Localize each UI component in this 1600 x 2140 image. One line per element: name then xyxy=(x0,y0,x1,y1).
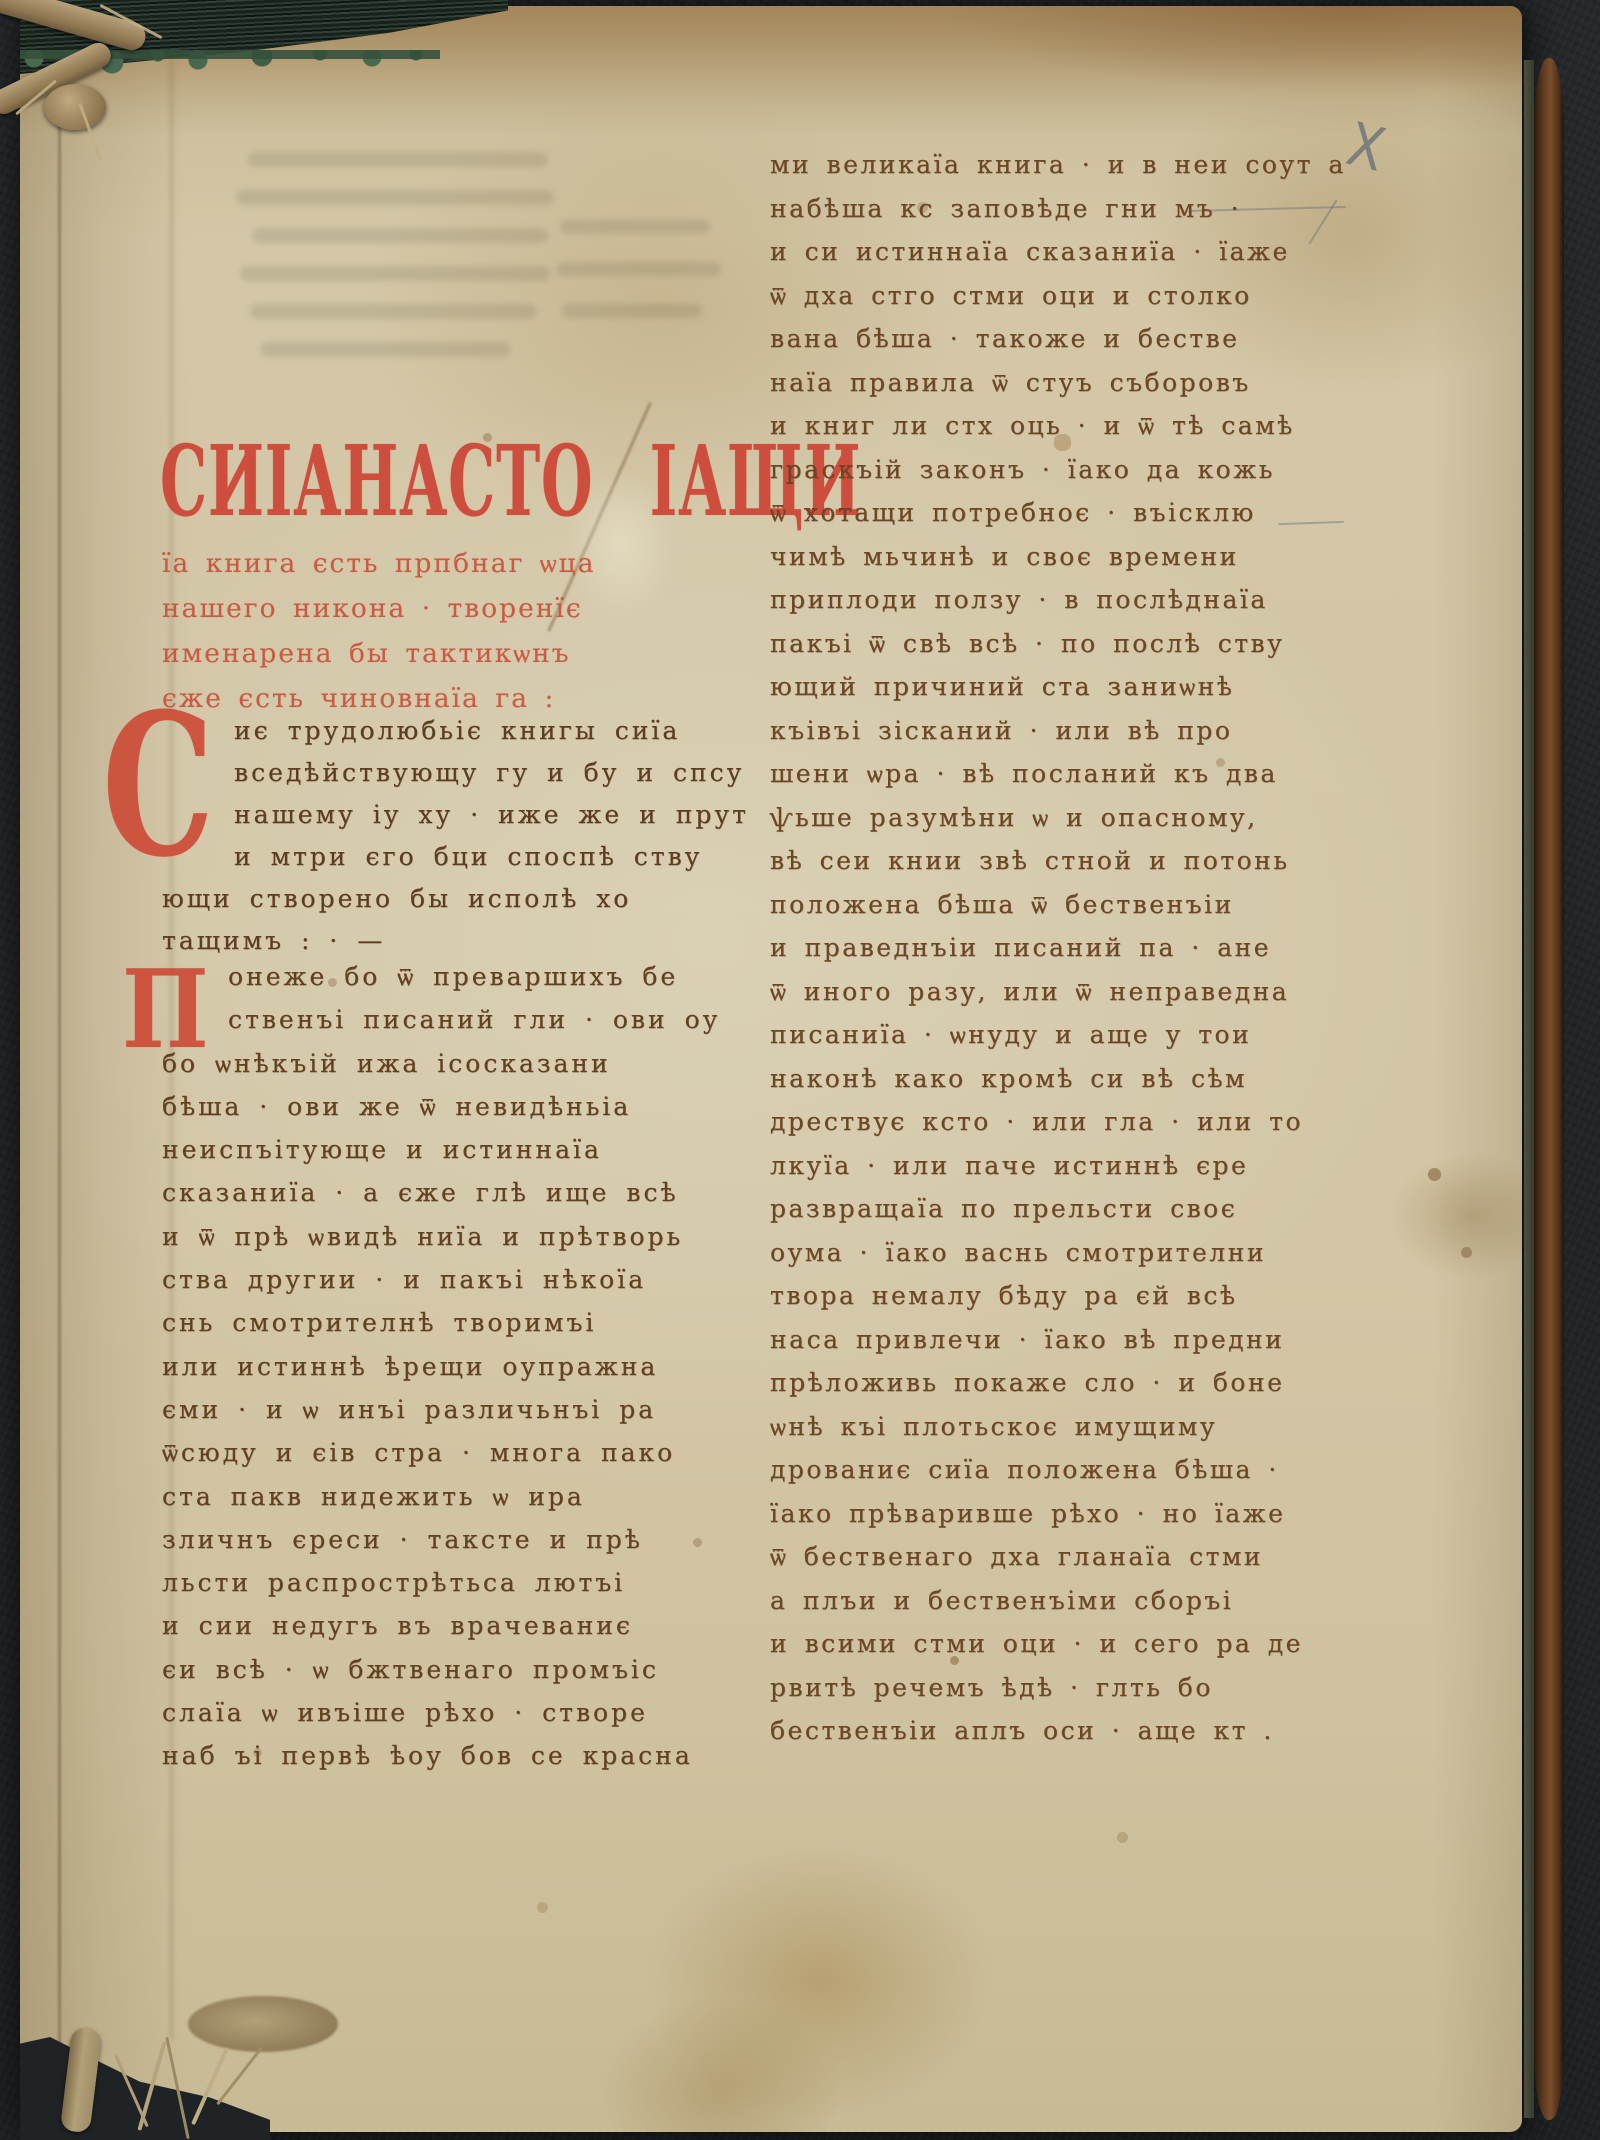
rubric-line: именарена бы тактикѡнъ xyxy=(162,638,596,683)
right-leaf-edge xyxy=(1534,58,1564,2120)
text-line: и сии недугъ въ врачеваниє xyxy=(162,1611,720,1654)
text-line: зличнъ єреси · таксте и прѣ xyxy=(162,1525,720,1568)
text-line: дрованиє сиїа положена бѣша · xyxy=(770,1455,1346,1499)
text-line: къівъі зісканий · или вѣ про xyxy=(770,716,1346,760)
text-line: чимѣ мьчинѣ и своє времени xyxy=(770,542,1346,586)
text-line: ѡнѣ къі плотьскоє имущиму xyxy=(770,1412,1346,1456)
showthrough-line xyxy=(556,262,721,276)
gutter-fold-line xyxy=(58,10,61,2120)
text-line: или истиннѣ ѣрещи оупражна xyxy=(162,1352,720,1395)
text-line: ста пакв нидежить ѡ ира xyxy=(162,1482,720,1525)
text-line: ѿ бественаго дха гланаїа стми xyxy=(770,1542,1346,1586)
text-line: твора немалу бѣду ра єй всѣ xyxy=(770,1281,1346,1325)
text-line: єи всѣ · ѡ бжтвенаго промъіс xyxy=(162,1655,720,1698)
showthrough-line xyxy=(260,342,510,357)
title-part-1: СИІАНАСТО xyxy=(160,424,593,538)
text-line: нашему іу ху · иже же и прут xyxy=(234,800,749,842)
text-line: онеже бо ѿ преваршихъ бе xyxy=(228,962,720,1005)
text-line: и ѿ прѣ ѡвидѣ ниїа и прѣтворь xyxy=(162,1222,720,1265)
text-line: шени ѡра · вѣ посланий къ два xyxy=(770,759,1346,803)
text-line: и си истиннаїа сказаниїа · їаже xyxy=(770,237,1346,281)
text-line: дрествує ксто · или гла · или то xyxy=(770,1107,1346,1151)
text-line: неиспъітующе и истиннаїа xyxy=(162,1135,720,1178)
text-line: наконѣ како кромѣ си вѣ сѣм xyxy=(770,1064,1346,1108)
text-line: снь смотрителнѣ творимъі xyxy=(162,1308,720,1351)
text-line: вседѣйствующу гу и бу и спсу xyxy=(234,758,749,800)
stain-top-right xyxy=(950,6,1522,116)
text-line: ѱьше разумѣни ѡ и опасному, xyxy=(770,803,1346,847)
text-line: сказаниїа · а єже глѣ ище всѣ xyxy=(162,1178,720,1221)
text-line: ственъі писаний гли · ови оу xyxy=(228,1005,720,1048)
text-line: бественъіи аплъ оси · аще кт . xyxy=(770,1716,1346,1760)
text-line: а плъи и бественъіми сборъі xyxy=(770,1586,1346,1630)
text-line: вана бѣша · такоже и бестве xyxy=(770,324,1346,368)
right-column: ми великаїа книга · и в неи соут анабѣша… xyxy=(770,150,1346,1760)
text-line: и всими стми оци · и сего ра де xyxy=(770,1629,1346,1673)
text-line: положена бѣша ѿ бественъіи xyxy=(770,890,1346,934)
text-line: ющи створено бы исполѣ хо xyxy=(162,884,749,926)
text-line: рвитѣ речемъ ѣдѣ · глть бо xyxy=(770,1673,1346,1717)
frayed-thread-cluster xyxy=(188,1996,338,2052)
showthrough-line xyxy=(236,190,554,205)
text-line: и мтри єго бци споспѣ ству xyxy=(234,842,749,884)
text-line: ѿсюду и єів стра · многа пако xyxy=(162,1438,720,1481)
showthrough-line xyxy=(248,152,548,167)
text-line: ства другии · и пакъі нѣкоїа xyxy=(162,1265,720,1308)
binding-cord-knot xyxy=(44,84,106,130)
showthrough-line xyxy=(240,266,550,281)
showthrough-line xyxy=(250,304,536,319)
text-line: оума · їако васнь смотрителни xyxy=(770,1238,1346,1282)
rubric-line: нашего никона · творенїє xyxy=(162,593,596,638)
text-line: льсти распрострѣтьса лютъі xyxy=(162,1568,720,1611)
text-line: наб ъі первѣ ѣоу бов се красна xyxy=(162,1741,720,1784)
text-line: пакъі ѿ свѣ всѣ · по послѣ ству xyxy=(770,629,1346,673)
text-line: ѿ хотащи потребноє · въісклю xyxy=(770,498,1346,542)
manuscript-photo: X СИІАНАСТОІАЩИ їа книга єсть прпбнаг ѡц… xyxy=(0,0,1600,2140)
text-line: и праведнъіи писаний па · ане xyxy=(770,933,1346,977)
text-line: приплоди ползу · в послѣднаїа xyxy=(770,585,1346,629)
text-line: и книг ли стх оць · и ѿ тѣ самѣ xyxy=(770,411,1346,455)
showthrough-line xyxy=(252,228,548,243)
text-line: набѣша кс заповѣде гни мъ · xyxy=(770,194,1346,238)
text-line: прѣложивь покаже сло · и боне xyxy=(770,1368,1346,1412)
text-line: ѿ иного разу, или ѿ неправедна xyxy=(770,977,1346,1021)
text-line: вѣ сеи книи звѣ стной и потонь xyxy=(770,846,1346,890)
text-line: ѿ дха стго стми оци и столко xyxy=(770,281,1346,325)
text-line: ми великаїа книга · и в неи соут а xyxy=(770,150,1346,194)
text-line: развращаїа по прельсти своє xyxy=(770,1194,1346,1238)
text-line: бѣша · ови же ѿ невидѣньіа xyxy=(162,1092,720,1135)
text-line: слаїа ѡ ивъіше рѣхо · створе xyxy=(162,1698,720,1741)
left-column-paragraph-1: иє трудолюбьіє книгы сиїавседѣйствующу г… xyxy=(162,716,749,968)
text-line: иє трудолюбьіє книгы сиїа xyxy=(234,716,749,758)
page-edge-shadow xyxy=(1524,60,1534,2118)
text-line: ющий причиний ста заниѡнѣ xyxy=(770,672,1346,716)
text-line: єми · и ѡ инъі различьнъі ра xyxy=(162,1395,720,1438)
text-line: лкуїа · или паче истиннѣ єре xyxy=(770,1151,1346,1195)
text-line: їако прѣваривше рѣхо · но їаже xyxy=(770,1499,1346,1543)
left-column-paragraph-2: онеже бо ѿ преваршихъ бественъі писаний … xyxy=(162,962,720,1785)
rubric-display-title: СИІАНАСТОІАЩИ xyxy=(160,424,861,538)
text-line: наїа правила ѿ стуъ съборовъ xyxy=(770,368,1346,412)
showthrough-line xyxy=(560,220,710,234)
text-line: писаниїа · ѡнуду и аще у тои xyxy=(770,1020,1346,1064)
showthrough-line xyxy=(562,304,702,318)
rubric-line: їа книга єсть прпбнаг ѡца xyxy=(162,548,596,593)
rubric-block: їа книга єсть прпбнаг ѡцанашего никона ·… xyxy=(162,548,596,728)
text-line: граскъій законъ · їако да кожь xyxy=(770,455,1346,499)
text-line: бо ѡнѣкъій ижа ісосказани xyxy=(162,1049,720,1092)
text-line: наса привлечи · їако вѣ предни xyxy=(770,1325,1346,1369)
